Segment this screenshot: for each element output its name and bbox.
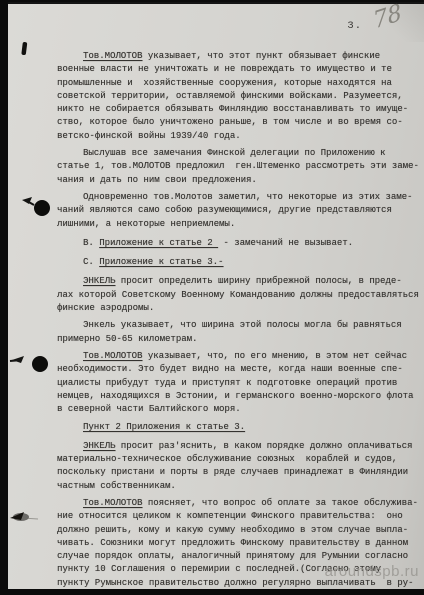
text-line: финские аэродромы. xyxy=(57,302,424,315)
text-segment: промышленные и хозяйственные сооружения,… xyxy=(57,78,392,88)
text-segment: Энкель указывает, что ширина этой полосы… xyxy=(83,320,402,330)
text-line: статье 1, тов.МОЛОТОВ предложил ген.Штем… xyxy=(57,160,424,173)
page-number: 3. xyxy=(347,20,362,32)
text-segment: частным собственникам. xyxy=(57,481,176,491)
text-line: ветско-финской войны 1939/40 года. xyxy=(57,130,424,143)
text-line: Выслушав все замечания Финской делегации… xyxy=(57,147,424,160)
watermark: aroundspb.ru xyxy=(325,563,419,580)
text-segment: ние относится целиком к компетенции Финс… xyxy=(57,511,403,521)
text-segment: в северной части Балтийского моря. xyxy=(57,404,241,414)
text-line: Тов.МОЛОТОВ указывает, что этот пункт об… xyxy=(57,50,424,63)
text-line: ние относится целиком к компетенции Финс… xyxy=(57,510,424,523)
text-line: Тов.МОЛОТОВ указывает, что, по его мнени… xyxy=(57,350,424,363)
text-line: ЭНКЕЛЬ просит раз'яснить, в каком порядк… xyxy=(57,440,424,453)
text-segment: военные власти не уничтожать и не повреж… xyxy=(57,64,392,74)
underlined-text: Приложение к статье 3.- xyxy=(99,257,223,267)
text-segment: ветско-финской войны 1939/40 года. xyxy=(57,131,241,141)
document-text: Тов.МОЛОТОВ указывает, что этот пункт об… xyxy=(57,50,424,594)
text-segment: указывает, что этот пункт обязывает финс… xyxy=(142,51,380,61)
text-segment: лах которой Советскому Военному Командов… xyxy=(57,290,419,300)
text-line: никто не собирается обязывать Финляндию … xyxy=(57,103,424,116)
text-segment: поскольку пристани и порты в ряде случае… xyxy=(57,467,408,477)
text-segment: необходимости. Это будет видно на месте,… xyxy=(57,364,403,374)
text-line: В. Приложение к статье 2 - замечаний не … xyxy=(57,237,424,250)
underlined-text: Тов.МОЛОТОВ xyxy=(83,351,142,361)
paragraph: Выслушав все замечания Финской делегации… xyxy=(57,147,424,187)
text-line: военные власти не уничтожать и не повреж… xyxy=(57,63,424,76)
text-line: ство, которое было уничтожено раньше, в … xyxy=(57,116,424,129)
text-line: циалисты прибудут туда и приступят к под… xyxy=(57,377,424,390)
text-line: лишними, а некоторые неприемлемы. xyxy=(57,218,424,231)
text-segment: С. xyxy=(83,257,99,267)
text-line: материально-техническое обслуживание сою… xyxy=(57,453,424,466)
text-segment: статье 1, тов.МОЛОТОВ предложил ген.Штем… xyxy=(57,161,419,171)
scan-edge-top xyxy=(8,2,424,4)
paragraph: Тов.МОЛОТОВ указывает, что, по его мнени… xyxy=(57,350,424,416)
text-segment: чаний являются само собою разумеющимися,… xyxy=(57,205,392,215)
text-segment: материально-техническое обслуживание сою… xyxy=(57,454,397,464)
text-line: Пункт 2 Приложения к статье 3. xyxy=(57,421,424,434)
text-segment: чивать. Союзники могут предложить Финско… xyxy=(57,538,408,548)
paragraph: Пункт 2 Приложения к статье 3. xyxy=(57,421,424,434)
text-line: поскольку пристани и порты в ряде случае… xyxy=(57,466,424,479)
text-line: промышленные и хозяйственные сооружения,… xyxy=(57,77,424,90)
text-line: Одновременно тов.Молотов заметил, что не… xyxy=(57,191,424,204)
text-segment: случае порядок оплаты, аналогичный приня… xyxy=(57,551,408,561)
text-segment: советской территории, оставляемой фински… xyxy=(57,91,403,101)
text-segment: поясняет, что вопрос об оплате за такое … xyxy=(142,498,417,508)
arrow-blot-mark-2 xyxy=(8,348,54,383)
text-segment: Выслушав все замечания Финской делегации… xyxy=(83,148,385,158)
paragraph: ЭНКЕЛЬ просит раз'яснить, в каком порядк… xyxy=(57,440,424,493)
paragraph: С. Приложение к статье 3.- xyxy=(57,256,424,269)
paragraph: Энкель указывает, что ширина этой полосы… xyxy=(57,319,424,346)
text-line: в северной части Балтийского моря. xyxy=(57,403,424,416)
text-line: необходимости. Это будет видно на месте,… xyxy=(57,363,424,376)
paragraph: В. Приложение к статье 2 - замечаний не … xyxy=(57,237,424,250)
text-line: немцев, находящихся в Эстонии, и германс… xyxy=(57,390,424,403)
text-segment: циалисты прибудут туда и приступят к под… xyxy=(57,378,397,388)
text-line: Тов.МОЛОТОВ поясняет, что вопрос об опла… xyxy=(57,497,424,510)
text-line: случае порядок оплаты, аналогичный приня… xyxy=(57,550,424,563)
paragraph: Тов.МОЛОТОВ указывает, что этот пункт об… xyxy=(57,50,424,143)
paragraph: Одновременно тов.Молотов заметил, что не… xyxy=(57,191,424,231)
text-line: чаний являются само собою разумеющимися,… xyxy=(57,204,424,217)
text-line: чания и дать по ним свои предложения. xyxy=(57,174,424,187)
text-line: ЭНКЕЛЬ просит определить ширину прибрежн… xyxy=(57,275,424,288)
text-segment: чания и дать по ним свои предложения. xyxy=(57,175,257,185)
paragraph: ЭНКЕЛЬ просит определить ширину прибрежн… xyxy=(57,275,424,315)
text-segment: - замечаний не вызывает. xyxy=(218,238,353,248)
underlined-text: Тов.МОЛОТОВ xyxy=(83,498,142,508)
underlined-text: Тов.МОЛОТОВ xyxy=(83,51,142,61)
text-segment: ство, которое было уничтожено раньше, в … xyxy=(57,117,403,127)
text-segment: лишними, а некоторые неприемлемы. xyxy=(57,219,235,229)
underlined-text: ЭНКЕЛЬ xyxy=(83,276,115,286)
text-line: Энкель указывает, что ширина этой полосы… xyxy=(57,319,424,332)
text-segment: Одновременно тов.Молотов заметил, что не… xyxy=(83,192,412,202)
text-segment: просит определить ширину прибрежной поло… xyxy=(115,276,401,286)
ink-dart-mark xyxy=(8,506,42,533)
text-segment: финские аэродромы. xyxy=(57,303,154,313)
paper-sheet: 3. 78 xyxy=(8,2,424,589)
scanned-document-page: 3. 78 xyxy=(0,0,424,595)
text-segment: просит раз'яснить, в каком порядке должн… xyxy=(115,441,412,451)
text-segment: никто не собирается обязывать Финляндию … xyxy=(57,104,408,114)
text-line: должно решить, кому и какую сумму необхо… xyxy=(57,524,424,537)
text-segment: В. xyxy=(83,238,99,248)
text-line: частным собственникам. xyxy=(57,480,424,493)
underlined-text: Пункт 2 Приложения к статье 3. xyxy=(83,422,245,432)
underlined-text: Приложение к статье 2 xyxy=(99,238,218,248)
text-line: чивать. Союзники могут предложить Финско… xyxy=(57,537,424,550)
text-segment: немцев, находящихся в Эстонии, и германс… xyxy=(57,391,413,401)
arrow-blot-mark-1 xyxy=(14,192,56,227)
text-line: примерно 50-65 километрам. xyxy=(57,333,424,346)
text-segment: указывает, что, по его мнению, в этом не… xyxy=(142,351,407,361)
text-line: советской территории, оставляемой фински… xyxy=(57,90,424,103)
ink-dash-mark xyxy=(17,40,31,63)
text-segment: должно решить, кому и какую сумму необхо… xyxy=(57,525,408,535)
text-line: лах которой Советскому Военному Командов… xyxy=(57,289,424,302)
underlined-text: ЭНКЕЛЬ xyxy=(83,441,115,451)
handwritten-archive-number: 78 xyxy=(371,0,403,34)
text-line: С. Приложение к статье 3.- xyxy=(57,256,424,269)
text-segment: примерно 50-65 километрам. xyxy=(57,334,197,344)
